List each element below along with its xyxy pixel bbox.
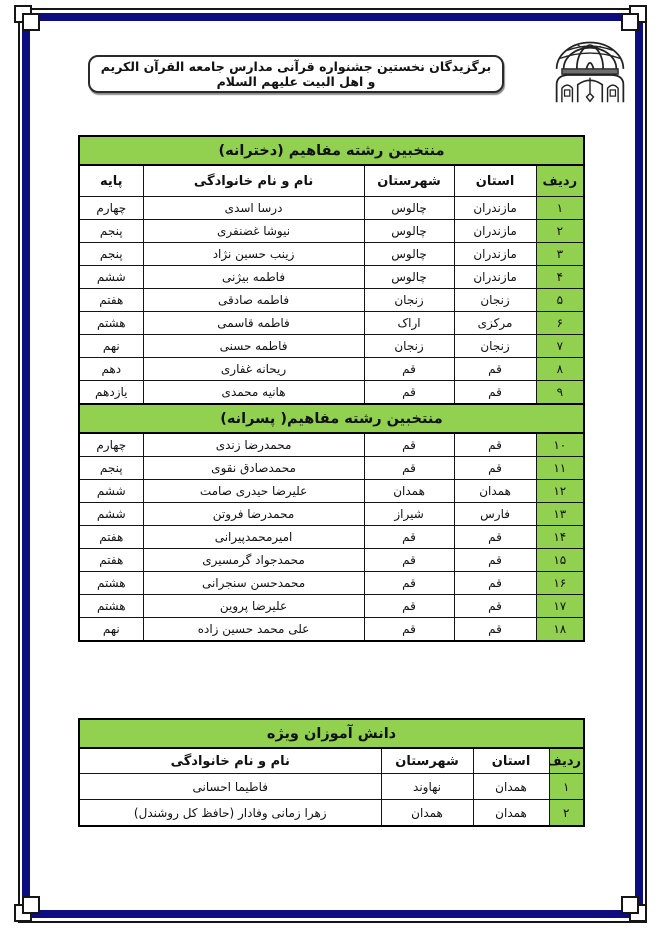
cell-paye: یازدهم: [79, 381, 143, 405]
cell-ostan: قم: [454, 358, 536, 381]
section-title-row: دانش آموزان ویژه: [79, 719, 584, 748]
cell-ostan: قم: [454, 433, 536, 457]
cell-radif: ۱۵: [536, 549, 584, 572]
cell-radif: ۶: [536, 312, 584, 335]
cell-name: علیرضا پروین: [143, 595, 364, 618]
cell-paye: هفتم: [79, 526, 143, 549]
cell-name: نیوشا غضنفری: [143, 220, 364, 243]
cell-paye: پنجم: [79, 457, 143, 480]
girls-section-title: منتخبین رشته مفاهیم (دخترانه) ردیف استان…: [79, 136, 584, 197]
cell-radif: ۱۱: [536, 457, 584, 480]
cell-name: هانیه محمدی: [143, 381, 364, 405]
cell-paye: ششم: [79, 480, 143, 503]
cell-shahrestan: همدان: [364, 480, 454, 503]
table-row: ۴ مازندران چالوس فاطمه بیژنی ششم: [79, 266, 584, 289]
cell-ostan: قم: [454, 457, 536, 480]
column-header-row: ردیف استان شهرستان نام و نام خانوادگی پا…: [79, 165, 584, 197]
cell-name: فاطمه صادقی: [143, 289, 364, 312]
mosque-globe-logo-icon: [546, 32, 634, 104]
cell-shahrestan: اراک: [364, 312, 454, 335]
cell-radif: ۱۷: [536, 595, 584, 618]
cell-name: علی محمد حسین زاده: [143, 618, 364, 642]
cell-paye: چهارم: [79, 433, 143, 457]
cell-shahrestan: شیراز: [364, 503, 454, 526]
cell-name: محمدصادق نقوی: [143, 457, 364, 480]
cell-radif: ۲: [536, 220, 584, 243]
corner-ornament: [621, 896, 639, 914]
cell-ostan: قم: [454, 618, 536, 642]
cell-paye: هشتم: [79, 595, 143, 618]
boys-section-title: منتخبین رشته مفاهیم( پسرانه): [79, 404, 584, 433]
special-rows: ۱ همدان نهاوند فاطیما احسانی ۲ همدان همد…: [79, 774, 584, 827]
table-row: ۱۸ قم قم علی محمد حسین زاده نهم: [79, 618, 584, 642]
cell-name: محمدجواد گرمسیری: [143, 549, 364, 572]
cell-radif: ۱۴: [536, 526, 584, 549]
column-header-ostan: استان: [454, 165, 536, 197]
table-row: ۱۶ قم قم محمدحسن سنجرانی هشتم: [79, 572, 584, 595]
cell-paye: چهارم: [79, 197, 143, 220]
cell-paye: ششم: [79, 503, 143, 526]
column-header-shahrestan: شهرستان: [381, 748, 473, 774]
table-row: ۱۷ قم قم علیرضا پروین هشتم: [79, 595, 584, 618]
cell-shahrestan: نهاوند: [381, 774, 473, 800]
cell-shahrestan: چالوس: [364, 197, 454, 220]
cell-radif: ۱۸: [536, 618, 584, 642]
cell-paye: هفتم: [79, 549, 143, 572]
column-header-radif: ردیف: [536, 165, 584, 197]
corner-ornament: [621, 13, 639, 31]
document-page: برگزیدگان نخستین جشنواره قرآنی مدارس جام…: [0, 0, 660, 942]
cell-shahrestan: قم: [364, 618, 454, 642]
special-section-title-text: دانش آموزان ویژه: [79, 719, 584, 748]
girls-rows: ۱ مازندران چالوس درسا اسدی چهارم ۲ مازند…: [79, 197, 584, 405]
column-header-ostan: استان: [473, 748, 549, 774]
cell-paye: ششم: [79, 266, 143, 289]
table-row: ۱۴ قم قم امیرمحمدپیرانی هفتم: [79, 526, 584, 549]
cell-radif: ۳: [536, 243, 584, 266]
girls-section-title-text: منتخبین رشته مفاهیم (دخترانه): [79, 136, 584, 165]
column-header-name: نام و نام خانوادگی: [143, 165, 364, 197]
cell-paye: هشتم: [79, 312, 143, 335]
section-title-row: منتخبین رشته مفاهیم( پسرانه): [79, 404, 584, 433]
cell-name: فاطمه بیژنی: [143, 266, 364, 289]
cell-ostan: مرکزی: [454, 312, 536, 335]
cell-radif: ۱۳: [536, 503, 584, 526]
cell-shahrestan: زنجان: [364, 335, 454, 358]
cell-ostan: مازندران: [454, 243, 536, 266]
cell-paye: دهم: [79, 358, 143, 381]
section-title-row: منتخبین رشته مفاهیم (دخترانه): [79, 136, 584, 165]
cell-shahrestan: قم: [364, 549, 454, 572]
cell-radif: ۲: [549, 800, 584, 827]
table-row: ۲ همدان همدان زهرا زمانی وفادار (حافظ کل…: [79, 800, 584, 827]
column-header-radif: ردیف: [549, 748, 584, 774]
column-header-shahrestan: شهرستان: [364, 165, 454, 197]
table-row: ۱۲ همدان همدان علیرضا حیدری صامت ششم: [79, 480, 584, 503]
table-row: ۷ زنجان زنجان فاطمه حسنی نهم: [79, 335, 584, 358]
cell-name: ریحانه غفاری: [143, 358, 364, 381]
cell-name: فاطمه حسنی: [143, 335, 364, 358]
table-row: ۹ قم قم هانیه محمدی یازدهم: [79, 381, 584, 405]
cell-ostan: قم: [454, 381, 536, 405]
selection-results-table: منتخبین رشته مفاهیم (دخترانه) ردیف استان…: [78, 135, 585, 642]
table-row: ۲ مازندران چالوس نیوشا غضنفری پنجم: [79, 220, 584, 243]
cell-radif: ۱۶: [536, 572, 584, 595]
cell-ostan: قم: [454, 595, 536, 618]
cell-ostan: قم: [454, 549, 536, 572]
cell-shahrestan: زنجان: [364, 289, 454, 312]
column-header-name: نام و نام خانوادگی: [79, 748, 381, 774]
table-row: ۱۱ قم قم محمدصادق نقوی پنجم: [79, 457, 584, 480]
table-row: ۱ مازندران چالوس درسا اسدی چهارم: [79, 197, 584, 220]
cell-shahrestan: قم: [364, 526, 454, 549]
cell-paye: هشتم: [79, 572, 143, 595]
cell-radif: ۸: [536, 358, 584, 381]
cell-ostan: مازندران: [454, 266, 536, 289]
cell-radif: ۵: [536, 289, 584, 312]
corner-ornament: [22, 896, 40, 914]
cell-ostan: همدان: [454, 480, 536, 503]
special-section-title: دانش آموزان ویژه ردیف استان شهرستان نام …: [79, 719, 584, 774]
cell-shahrestan: قم: [364, 433, 454, 457]
cell-shahrestan: چالوس: [364, 243, 454, 266]
column-header-paye: پایه: [79, 165, 143, 197]
cell-ostan: زنجان: [454, 335, 536, 358]
cell-shahrestan: قم: [364, 457, 454, 480]
cell-radif: ۴: [536, 266, 584, 289]
cell-name: زینب حسین نژاد: [143, 243, 364, 266]
cell-ostan: فارس: [454, 503, 536, 526]
cell-shahrestan: چالوس: [364, 220, 454, 243]
cell-name: علیرضا حیدری صامت: [143, 480, 364, 503]
cell-name: محمدحسن سنجرانی: [143, 572, 364, 595]
cell-ostan: همدان: [473, 800, 549, 827]
table-row: ۵ زنجان زنجان فاطمه صادقی هفتم: [79, 289, 584, 312]
cell-radif: ۱۰: [536, 433, 584, 457]
cell-radif: ۷: [536, 335, 584, 358]
corner-ornament: [22, 13, 40, 31]
cell-name: زهرا زمانی وفادار (حافظ کل روشندل): [79, 800, 381, 827]
cell-ostan: قم: [454, 572, 536, 595]
cell-ostan: قم: [454, 526, 536, 549]
cell-radif: ۱۲: [536, 480, 584, 503]
table-row: ۳ مازندران چالوس زینب حسین نژاد پنجم: [79, 243, 584, 266]
cell-paye: پنجم: [79, 220, 143, 243]
cell-name: محمدرضا زندی: [143, 433, 364, 457]
cell-paye: نهم: [79, 335, 143, 358]
cell-radif: ۱: [536, 197, 584, 220]
table-row: ۱۰ قم قم محمدرضا زندی چهارم: [79, 433, 584, 457]
table-row: ۶ مرکزی اراک فاطمه قاسمی هشتم: [79, 312, 584, 335]
table-row: ۱ همدان نهاوند فاطیما احسانی: [79, 774, 584, 800]
cell-ostan: مازندران: [454, 220, 536, 243]
cell-radif: ۹: [536, 381, 584, 405]
cell-paye: پنجم: [79, 243, 143, 266]
cell-paye: هفتم: [79, 289, 143, 312]
cell-name: امیرمحمدپیرانی: [143, 526, 364, 549]
cell-shahrestan: همدان: [381, 800, 473, 827]
table-row: ۱۵ قم قم محمدجواد گرمسیری هفتم: [79, 549, 584, 572]
column-header-row: ردیف استان شهرستان نام و نام خانوادگی: [79, 748, 584, 774]
header-banner: برگزیدگان نخستین جشنواره قرآنی مدارس جام…: [88, 55, 504, 93]
cell-name: محمدرضا فروتن: [143, 503, 364, 526]
cell-radif: ۱: [549, 774, 584, 800]
cell-ostan: زنجان: [454, 289, 536, 312]
cell-shahrestan: قم: [364, 381, 454, 405]
cell-name: درسا اسدی: [143, 197, 364, 220]
cell-ostan: مازندران: [454, 197, 536, 220]
cell-ostan: همدان: [473, 774, 549, 800]
cell-shahrestan: قم: [364, 358, 454, 381]
boys-rows: ۱۰ قم قم محمدرضا زندی چهارم ۱۱ قم قم محم…: [79, 433, 584, 641]
table-row: ۸ قم قم ریحانه غفاری دهم: [79, 358, 584, 381]
cell-paye: نهم: [79, 618, 143, 642]
table-row: ۱۳ فارس شیراز محمدرضا فروتن ششم: [79, 503, 584, 526]
cell-shahrestan: قم: [364, 572, 454, 595]
boys-section-title-text: منتخبین رشته مفاهیم( پسرانه): [79, 404, 584, 433]
cell-shahrestan: قم: [364, 595, 454, 618]
cell-shahrestan: چالوس: [364, 266, 454, 289]
special-students-table: دانش آموزان ویژه ردیف استان شهرستان نام …: [78, 718, 585, 827]
cell-name: فاطیما احسانی: [79, 774, 381, 800]
cell-name: فاطمه قاسمی: [143, 312, 364, 335]
